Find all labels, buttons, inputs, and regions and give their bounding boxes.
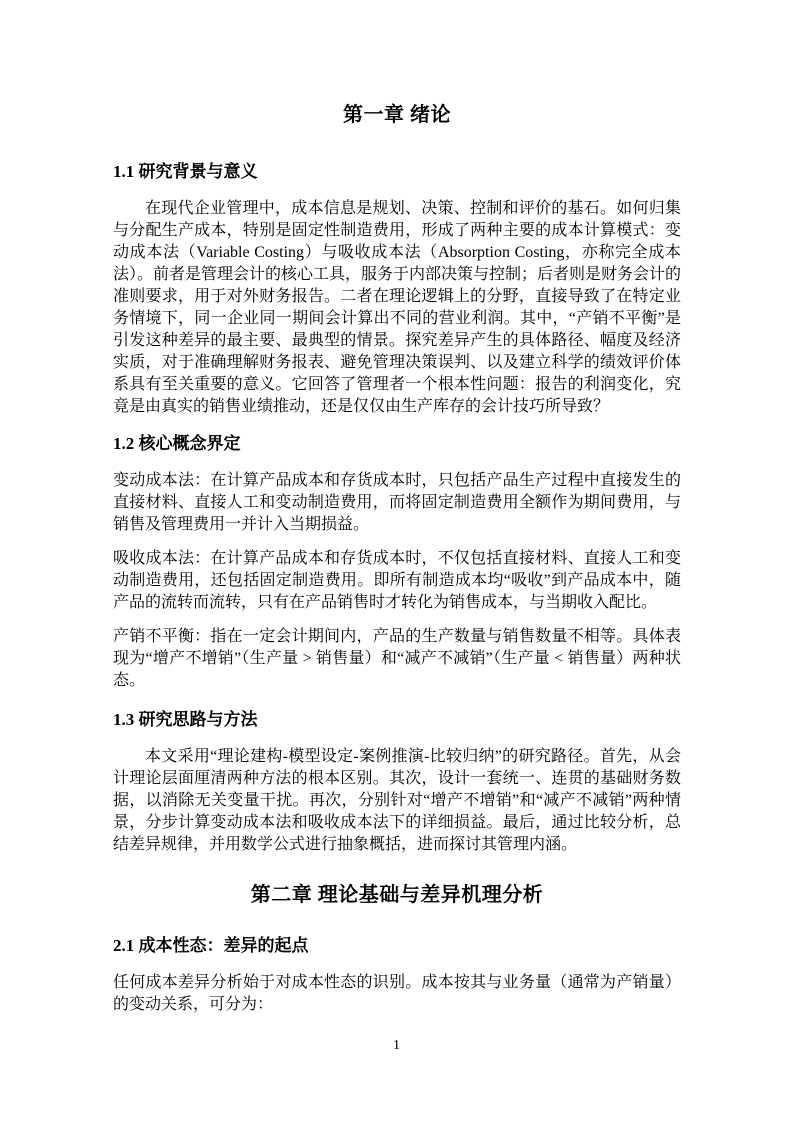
paragraph-1-2-variable-costing-definition: 变动成本法：在计算产品成本和存货成本时，只包括产品生产过程中直接发生的直接材料、… <box>113 470 681 536</box>
chapter-1-title: 第一章 绪论 <box>113 100 681 130</box>
document-body: 第一章 绪论 1.1 研究背景与意义 在现代企业管理中，成本信息是规划、决策、控… <box>0 0 793 1122</box>
section-heading-2-1: 2.1 成本性态：差异的起点 <box>113 934 681 958</box>
paragraph-1-2-production-sales-imbalance-definition: 产销不平衡：指在一定会计期间内，产品的生产数量与销售数量不相等。具体表现为“增产… <box>113 626 681 692</box>
document-page: { "doc": { "chapter1": { "title": "第一章 绪… <box>0 0 793 1122</box>
page-number: 1 <box>0 1036 793 1056</box>
paragraph-1-2-absorption-costing-definition: 吸收成本法：在计算产品成本和存货成本时，不仅包括直接材料、直接人工和变动制造费用… <box>113 548 681 614</box>
paragraph-1-3-methodology: 本文采用“理论建构-模型设定-案例推演-比较归纳”的研究路径。首先，从会计理论层… <box>113 746 681 856</box>
paragraph-1-1-background: 在现代企业管理中，成本信息是规划、决策、控制和评价的基石。如何归集与分配生产成本… <box>113 198 681 418</box>
section-heading-1-2: 1.2 核心概念界定 <box>113 432 681 456</box>
section-heading-1-3: 1.3 研究思路与方法 <box>113 708 681 732</box>
chapter-2-title: 第二章 理论基础与差异机理分析 <box>113 880 681 910</box>
paragraph-2-1-cost-behavior-intro: 任何成本差异分析始于对成本性态的识别。成本按其与业务量（通常为产销量）的变动关系… <box>113 972 681 1016</box>
section-heading-1-1: 1.1 研究背景与意义 <box>113 160 681 184</box>
